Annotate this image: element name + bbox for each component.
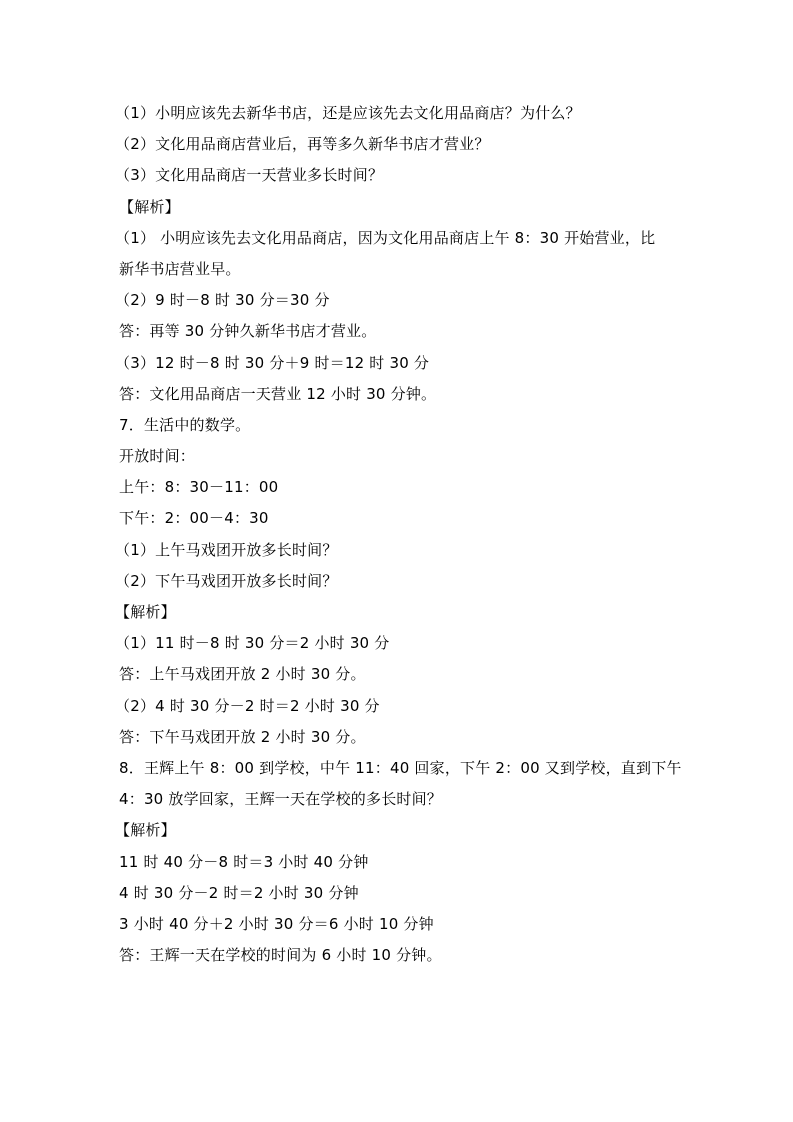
calculation-line: 4 时 30 分－2 时＝2 小时 30 分钟: [119, 878, 689, 909]
calculation-line: 11 时 40 分－8 时＝3 小时 40 分钟: [119, 847, 689, 878]
analysis-heading: 【解析】: [115, 815, 689, 846]
document-body: （1）小明应该先去新华书店，还是应该先去文化用品商店？为什么？ （2）文化用品商…: [119, 98, 689, 971]
answer-line: 答：下午马戏团开放 2 小时 30 分。: [119, 722, 689, 753]
problem-text: 4：30 放学回家，王辉一天在学校的多长时间？: [119, 784, 689, 815]
analysis-heading: 【解析】: [115, 597, 689, 628]
problem-heading: 8．王辉上午 8：00 到学校，中午 11：40 回家，下午 2：00 又到学校…: [119, 753, 689, 784]
schedule-morning: 上午：8：30－11：00: [119, 472, 689, 503]
question-line: （1）小明应该先去新华书店，还是应该先去文化用品商店？为什么？: [115, 98, 689, 129]
answer-line: （1） 小明应该先去文化用品商店，因为文化用品商店上午 8：30 开始营业，比: [115, 223, 689, 254]
answer-line: 答：上午马戏团开放 2 小时 30 分。: [119, 659, 689, 690]
schedule-afternoon: 下午：2：00－4：30: [119, 503, 689, 534]
calculation-line: （2）4 时 30 分－2 时＝2 小时 30 分: [115, 691, 689, 722]
answer-line: 答：王辉一天在学校的时间为 6 小时 10 分钟。: [119, 940, 689, 971]
calculation-line: （3）12 时－8 时 30 分＋9 时＝12 时 30 分: [115, 348, 689, 379]
question-line: （2）下午马戏团开放多长时间？: [115, 566, 689, 597]
question-line: （2）文化用品商店营业后，再等多久新华书店才营业？: [115, 129, 689, 160]
schedule-label: 开放时间：: [119, 441, 689, 472]
problem-heading: 7．生活中的数学。: [119, 410, 689, 441]
analysis-heading: 【解析】: [119, 192, 689, 223]
calculation-line: （2）9 时－8 时 30 分＝30 分: [115, 285, 689, 316]
calculation-line: 3 小时 40 分＋2 小时 30 分＝6 小时 10 分钟: [119, 909, 689, 940]
answer-line: 答：文化用品商店一天营业 12 小时 30 分钟。: [119, 379, 689, 410]
answer-line: 新华书店营业早。: [119, 254, 689, 285]
calculation-line: （1）11 时－8 时 30 分＝2 小时 30 分: [115, 628, 689, 659]
question-line: （1）上午马戏团开放多长时间？: [115, 535, 689, 566]
answer-line: 答：再等 30 分钟久新华书店才营业。: [119, 316, 689, 347]
question-line: （3）文化用品商店一天营业多长时间？: [115, 160, 689, 191]
document-page: （1）小明应该先去新华书店，还是应该先去文化用品商店？为什么？ （2）文化用品商…: [0, 0, 793, 1122]
